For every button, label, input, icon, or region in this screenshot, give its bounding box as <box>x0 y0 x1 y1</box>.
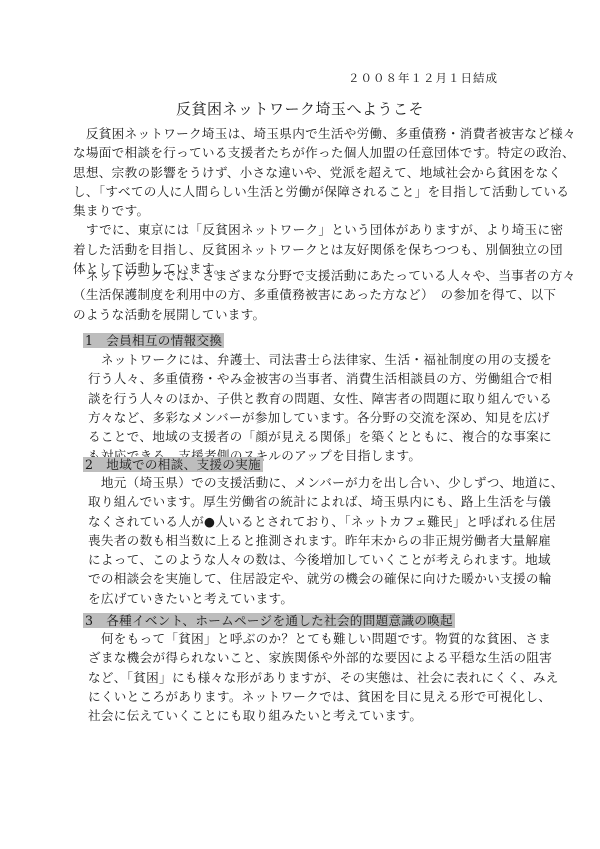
network-paragraph: ネットワークでは、さまざまな分野で支援活動にあたっている人々や、当事者の方々 （… <box>73 266 576 324</box>
text-line: な場面で相談を行っている支援者たちが作った個人加盟の任意団体です。特定の政治、 <box>73 143 576 162</box>
text-line: ネットワークでは、さまざまな分野で支援活動にあたっている人々や、当事者の方々 <box>73 266 576 285</box>
text-line: 社会に伝えていくことにも取り組みたいと考えています。 <box>88 706 559 725</box>
section-heading-3: 3 各種イベント、ホームページを通した社会的問題意識の喚起 <box>83 613 455 628</box>
section-body-2: 地元（埼玉県）での支援活動に、メンバーが力を出し合い、少しずつ、地道に、 取り組… <box>88 473 564 608</box>
text-line: 集まりです。 <box>73 201 576 220</box>
founding-date: ２００８年１２月１日結成 <box>348 70 498 86</box>
text-line: など、「貧困」にも様々な形がありますが、その実態は、社会に表れにくく、みえ <box>88 668 559 687</box>
text-line: での相談会を実施して、住居設定や、就労の機会の確保に向けた暖かい支援の輪 <box>88 569 564 588</box>
text-line: 着した活動を目指し、反貧困ネットワークとは友好関係を保ちつつも、別個独立の団 <box>73 240 576 259</box>
text-line: 談を行う人々のほか、子供と教育の問題、女性、障害者の問題に取り組んでいる <box>88 389 552 408</box>
page-title: 反貧困ネットワーク埼玉へようこそ <box>0 98 600 119</box>
section-heading-2: 2 地域での相談、支援の実施 <box>83 457 263 472</box>
text-line: ネットワークには、弁護士、司法書士ら法律家、生活・福祉制度の用の支援を <box>88 350 552 369</box>
text-line: 反貧困ネットワーク埼玉は、埼玉県内で生活や労働、多重債務・消費者被害など様々 <box>73 124 576 143</box>
text-line: にくいところがあります。ネットワークでは、貧困を目に見える形で可視化し、 <box>88 687 559 706</box>
text-line: 何をもって「貧困」と呼ぶのか？とても難しい問題です。物質的な貧困、さま <box>88 629 559 648</box>
text-line: （生活保護制度を利用中の方、多重債務被害にあった方など） の参加を得て、以下 <box>73 285 576 304</box>
text-line: 思想、宗教の影響をうけず、小さな違いや、党派を超えて、地域社会から貧困をなく <box>73 163 576 182</box>
text-line: し、「すべての人に人間らしい生活と労働が保障されること」を目指して活動している <box>73 182 576 201</box>
section-body-3: 何をもって「貧困」と呼ぶのか？とても難しい問題です。物質的な貧困、さま ざまな機… <box>88 629 559 725</box>
text-line: のような活動を展開しています。 <box>73 305 576 324</box>
text-line: すでに、東京には「反貧困ネットワーク」という団体がありますが、より埼玉に密 <box>73 220 576 239</box>
text-line: 取り組んでいます。厚生労働省の統計によれば、埼玉県内にも、路上生活を与儀 <box>88 492 564 511</box>
document-page: ２００８年１２月１日結成 反貧困ネットワーク埼玉へようこそ 反貧困ネットワーク埼… <box>0 0 600 849</box>
section-heading-1: 1 会員相互の情報交換 <box>83 333 224 348</box>
text-line: なくされている人が●人いるとされており、「ネットカフェ難民」と呼ばれる住居 <box>88 512 564 531</box>
text-line: 地元（埼玉県）での支援活動に、メンバーが力を出し合い、少しずつ、地道に、 <box>88 473 564 492</box>
text-line: を広げていきたいと考えています。 <box>88 589 564 608</box>
text-line: ることで、地域の支援者の「顔が見える関係」を築くとともに、複合的な事案に <box>88 427 552 446</box>
text-line: ざまな機会が得られないこと、家族関係や外部的な要因による平穏な生活の阻害 <box>88 648 559 667</box>
text-line: によって、このような人々の数は、今後増加していくことが考えられます。地域 <box>88 550 564 569</box>
text-line: 方々など、多彩なメンバーが参加しています。各分野の交流を深め、知見を広げ <box>88 408 552 427</box>
section-body-1: ネットワークには、弁護士、司法書士ら法律家、生活・福祉制度の用の支援を 行う人々… <box>88 350 552 466</box>
text-line: 行う人々、多重債務・やみ金被害の当事者、消費生活相談員の方、労働組合で相 <box>88 369 552 388</box>
text-line: 喪失者の数も相当数に上ると推測されます。昨年末からの非正規労働者大量解雇 <box>88 531 564 550</box>
intro-paragraph: 反貧困ネットワーク埼玉は、埼玉県内で生活や労働、多重債務・消費者被害など様々 な… <box>73 124 576 278</box>
